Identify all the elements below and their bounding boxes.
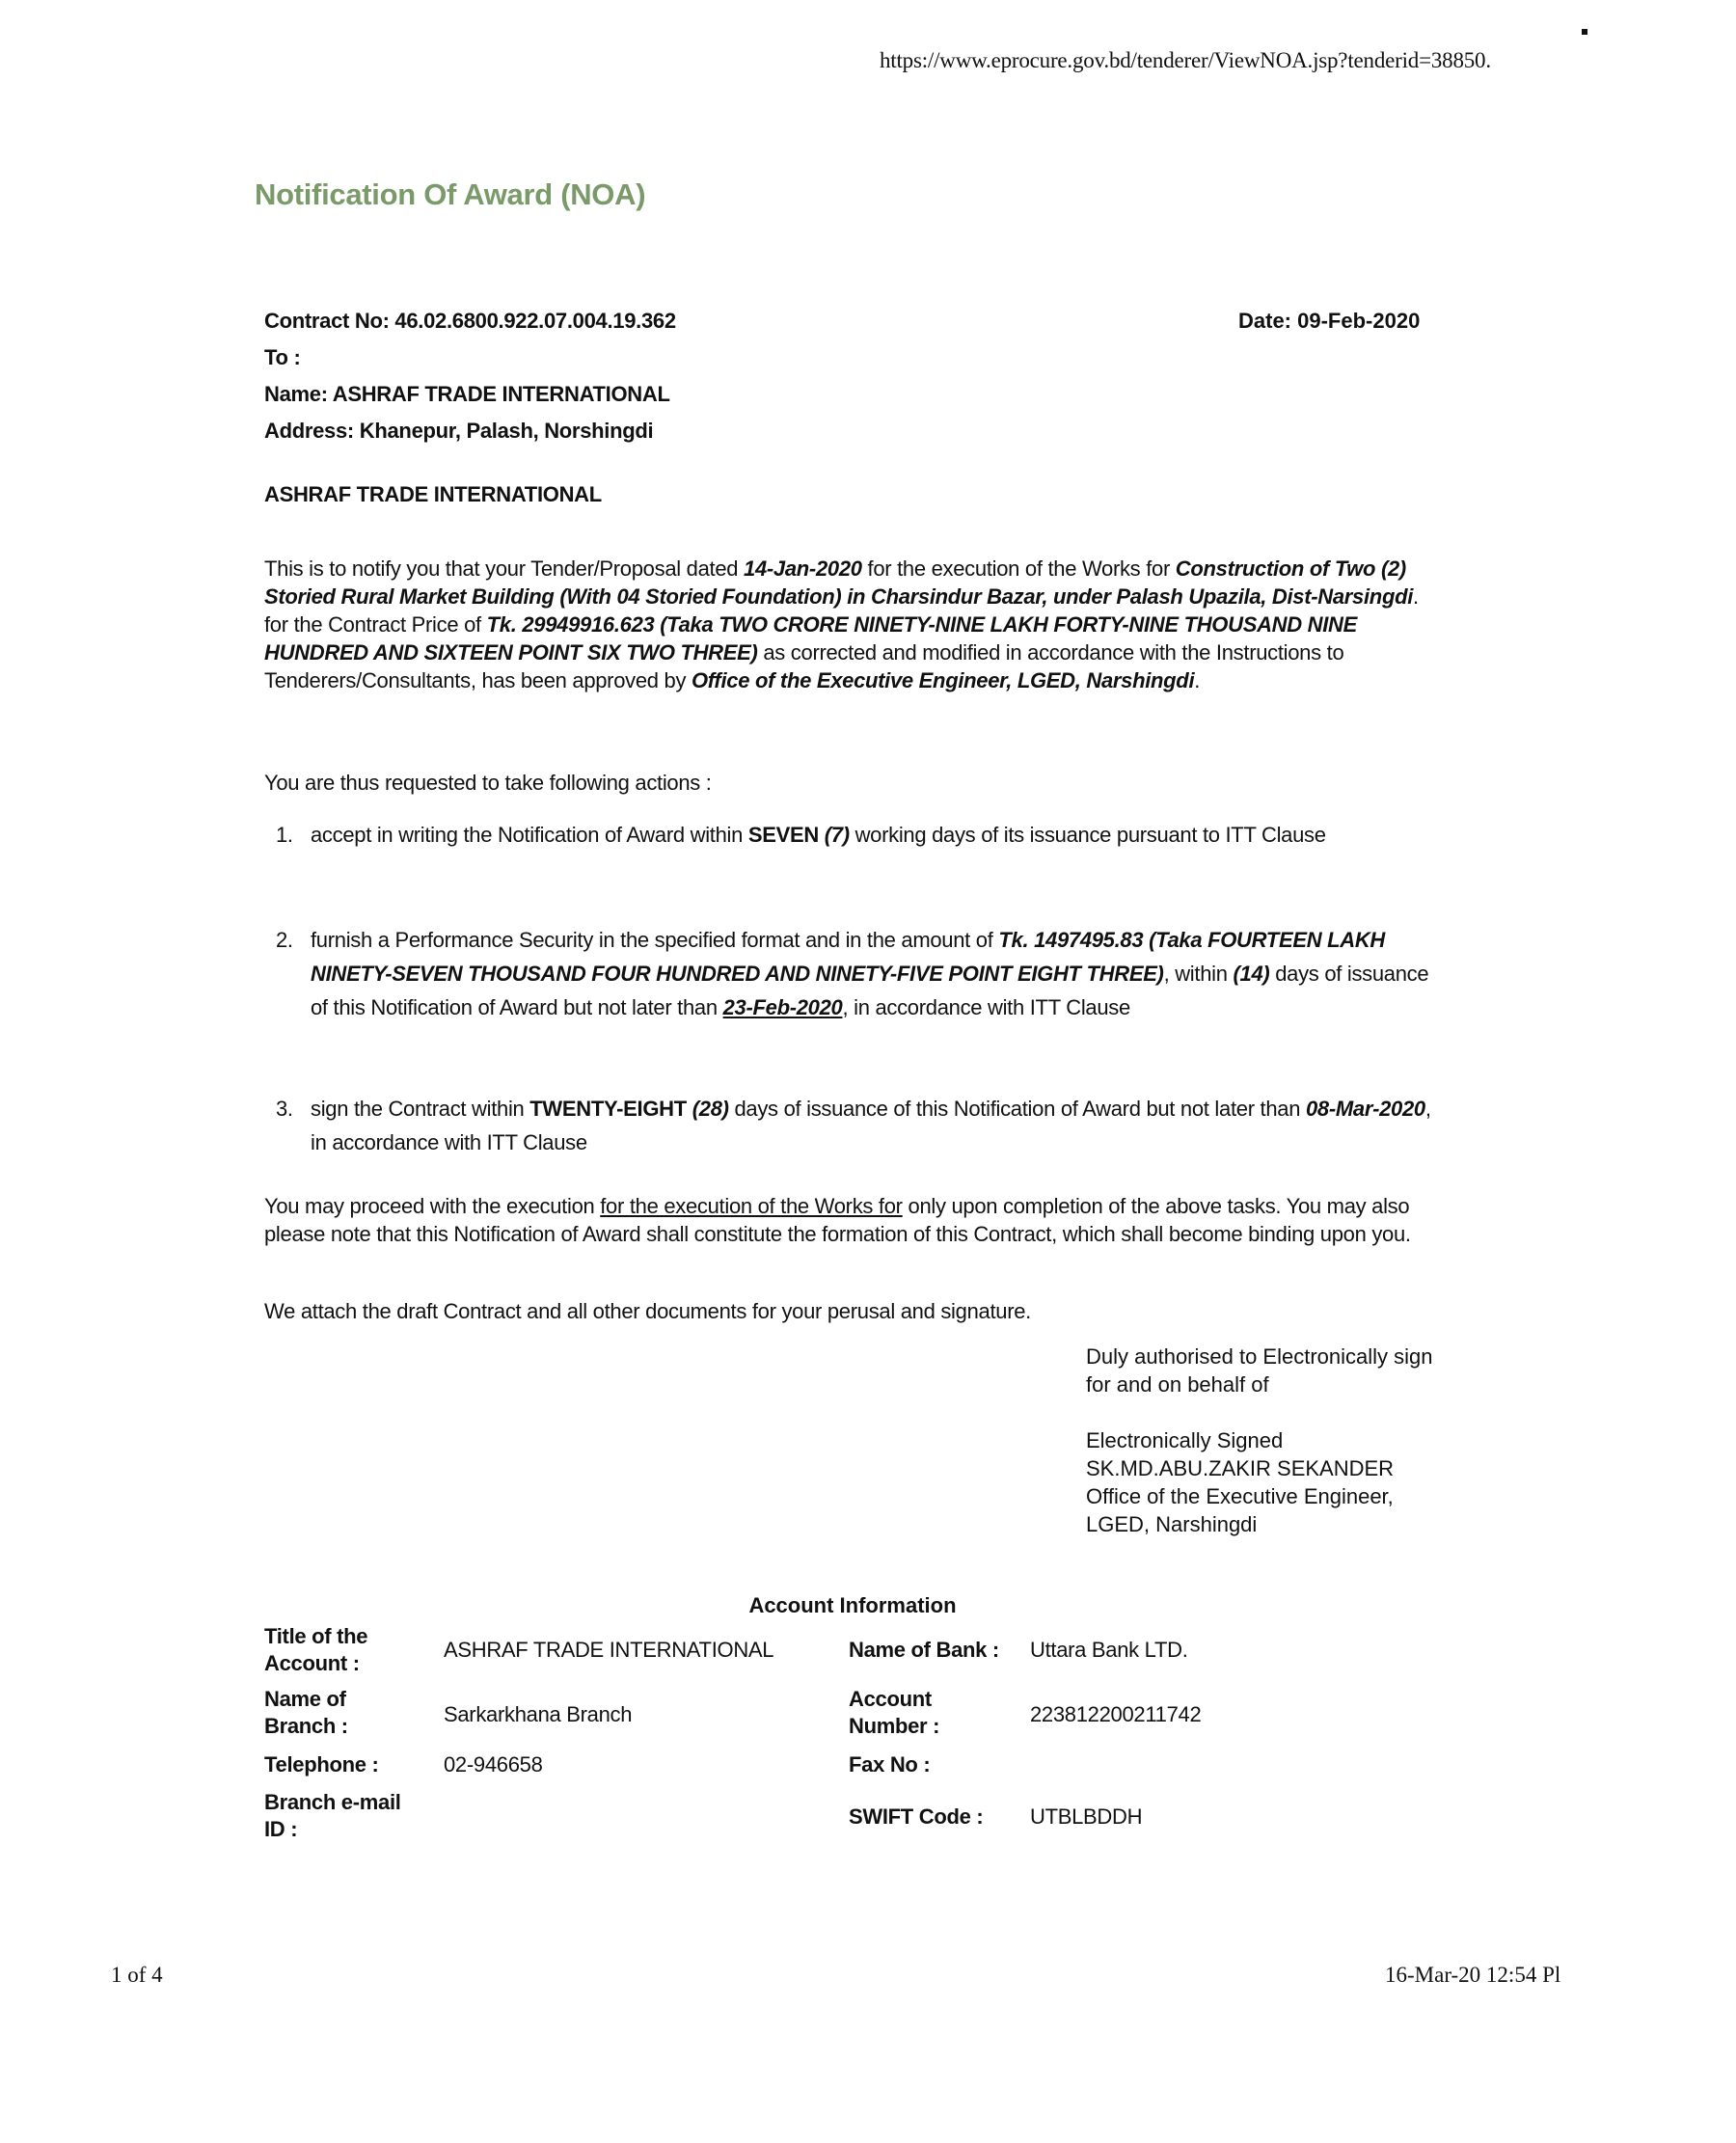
attach-paragraph: We attach the draft Contract and all oth… <box>264 1297 1441 1325</box>
bank-name-label: Name of Bank : <box>849 1637 999 1664</box>
branch-name-label: Name of Branch : <box>264 1686 380 1740</box>
to-label: To : <box>264 345 300 370</box>
swift-code-value: UTBLBDDH <box>1030 1804 1142 1831</box>
action-emphasis: (14) <box>1233 962 1269 986</box>
intro-text: for the execution of the Works for <box>862 556 1176 581</box>
action-text: days of issuance of this Notification of… <box>729 1097 1306 1121</box>
action-emphasis: TWENTY-EIGHT <box>529 1097 687 1121</box>
action-number: 3. <box>276 1092 293 1126</box>
notice-date: Date: 09-Feb-2020 <box>1238 309 1420 334</box>
action-emphasis: SEVEN <box>748 823 819 847</box>
branch-email-label: Branch e-mail ID : <box>264 1789 419 1843</box>
action-text: furnish a Performance Security in the sp… <box>311 928 998 952</box>
print-timestamp: 16-Mar-20 12:54 Pl <box>1385 1963 1560 1988</box>
bank-name-value: Uttara Bank LTD. <box>1030 1637 1188 1664</box>
scan-mark <box>1582 29 1587 35</box>
action-item-1: 1. accept in writing the Notification of… <box>276 818 1433 852</box>
action-item-3: 3. sign the Contract within TWENTY-EIGHT… <box>276 1092 1433 1159</box>
contract-number: Contract No: 46.02.6800.922.07.004.19.36… <box>264 309 676 334</box>
action-emphasis: (28) <box>687 1097 729 1121</box>
telephone-value: 02-946658 <box>444 1751 543 1778</box>
addressee: ASHRAF TRADE INTERNATIONAL <box>264 482 602 507</box>
action-text: , in accordance with ITT Clause <box>843 995 1130 1019</box>
print-header-url: https://www.eprocure.gov.bd/tenderer/Vie… <box>880 48 1491 73</box>
account-number-label: Account Number : <box>849 1686 964 1740</box>
recipient-address: Address: Khanepur, Palash, Norshingdi <box>264 419 653 444</box>
account-info-heading: Account Information <box>0 1593 1705 1618</box>
account-title-value: ASHRAF TRADE INTERNATIONAL <box>444 1637 773 1664</box>
action-item-2: 2. furnish a Performance Security in the… <box>276 923 1433 1024</box>
tender-date: 14-Jan-2020 <box>744 556 862 581</box>
recipient-name: Name: ASHRAF TRADE INTERNATIONAL <box>264 382 670 407</box>
action-number: 1. <box>276 818 293 852</box>
page-title: Notification Of Award (NOA) <box>255 177 645 212</box>
proceed-text: You may proceed with the execution <box>264 1194 600 1218</box>
action-text: sign the Contract within <box>311 1097 529 1121</box>
proceed-paragraph: You may proceed with the execution for t… <box>264 1192 1441 1248</box>
signer-office: Office of the Executive Engineer, <box>1086 1482 1452 1510</box>
intro-paragraph: This is to notify you that your Tender/P… <box>264 555 1441 694</box>
telephone-label: Telephone : <box>264 1751 379 1778</box>
swift-code-label: SWIFT Code : <box>849 1804 983 1831</box>
signer-office: LGED, Narshingdi <box>1086 1510 1452 1538</box>
action-text: , within <box>1164 962 1234 986</box>
action-text: accept in writing the Notification of Aw… <box>311 823 748 847</box>
intro-text: This is to notify you that your Tender/P… <box>264 556 744 581</box>
proceed-underlined: for the execution of the Works for <box>600 1194 902 1218</box>
signature-block: Duly authorised to Electronically sign f… <box>1086 1343 1452 1538</box>
branch-name-value: Sarkarkhana Branch <box>444 1701 632 1728</box>
security-deadline: 23-Feb-2020 <box>723 995 843 1019</box>
account-number-value: 223812200211742 <box>1030 1701 1201 1728</box>
action-number: 2. <box>276 923 293 957</box>
account-title-label: Title of the Account : <box>264 1623 390 1677</box>
signer-name: SK.MD.ABU.ZAKIR SEKANDER <box>1086 1454 1452 1482</box>
page-number: 1 of 4 <box>111 1963 163 1988</box>
fax-label: Fax No : <box>849 1751 930 1778</box>
intro-text: . <box>1194 668 1200 692</box>
approver: Office of the Executive Engineer, LGED, … <box>692 668 1194 692</box>
action-emphasis: (7) <box>819 823 850 847</box>
signature-line: Electronically Signed <box>1086 1426 1452 1454</box>
signature-line: for and on behalf of <box>1086 1370 1452 1398</box>
signature-line: Duly authorised to Electronically sign <box>1086 1343 1452 1370</box>
actions-intro: You are thus requested to take following… <box>264 769 1441 797</box>
action-text: working days of its issuance pursuant to… <box>850 823 1326 847</box>
contract-deadline: 08-Mar-2020 <box>1306 1097 1425 1121</box>
